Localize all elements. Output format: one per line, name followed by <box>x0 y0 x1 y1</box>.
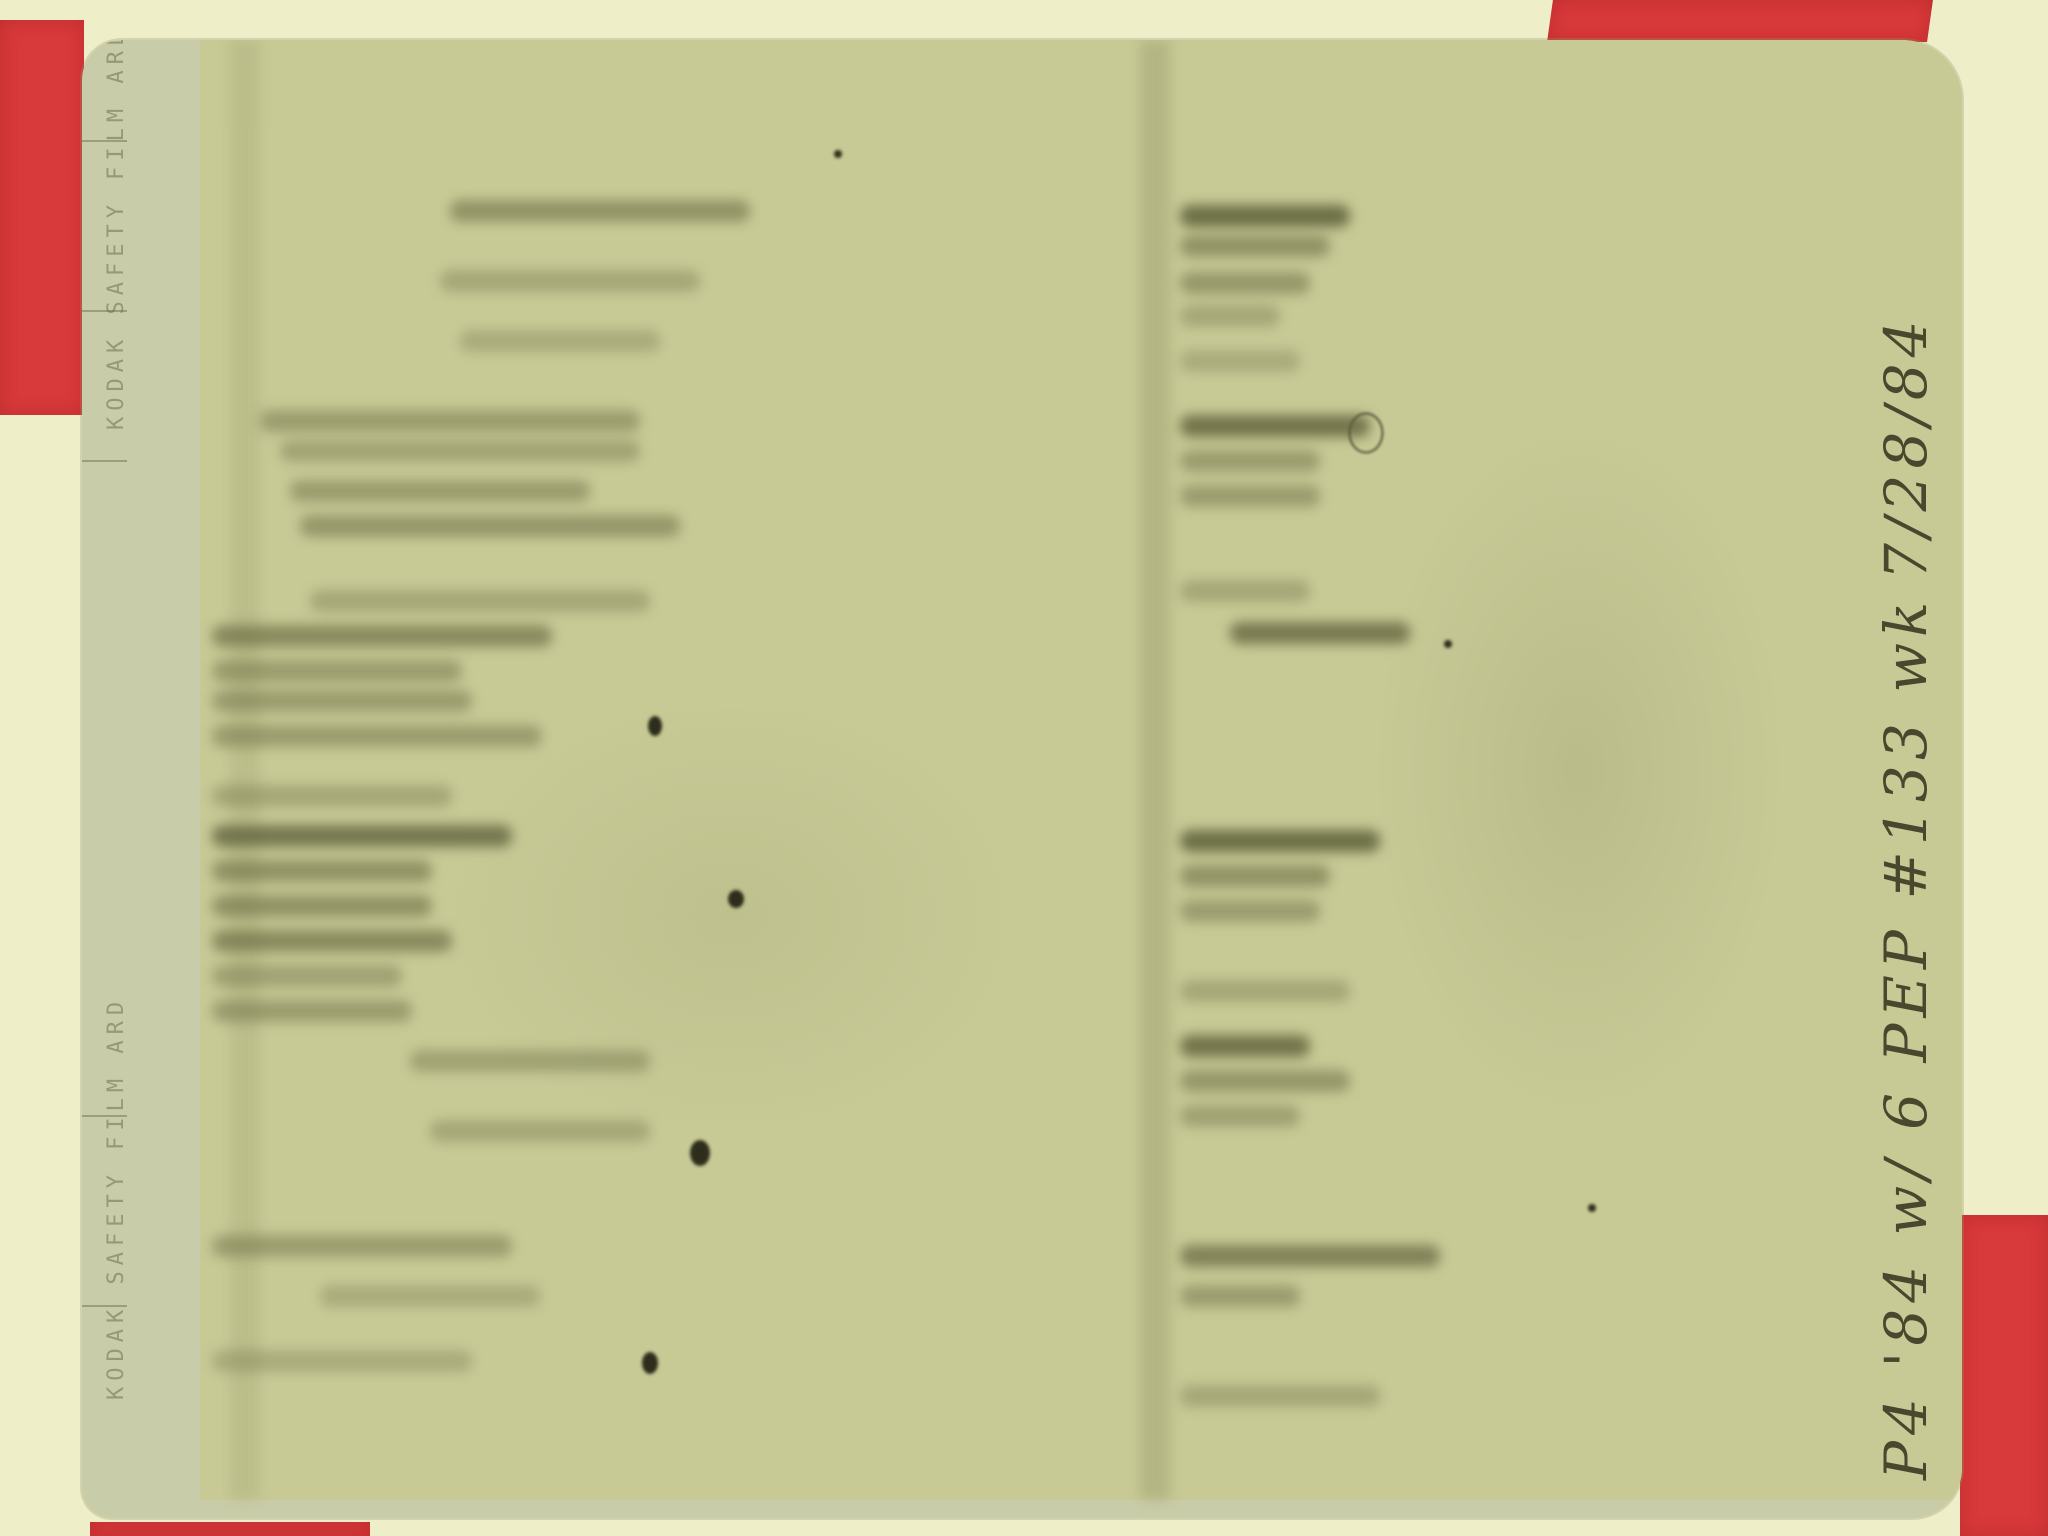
lane-divider <box>230 40 260 1500</box>
band <box>310 590 650 612</box>
band <box>212 965 402 987</box>
band <box>320 1285 540 1307</box>
annotation-date: 7/28/84 <box>1872 314 1940 580</box>
film-edge-text-bottom: KODAK SAFETY FILM ARD <box>104 996 129 1400</box>
exposed-area <box>200 40 1962 1500</box>
band <box>212 625 552 647</box>
film-speck <box>648 716 662 736</box>
band <box>212 1350 472 1372</box>
band <box>212 895 432 917</box>
band <box>1180 205 1350 227</box>
band <box>1180 415 1370 437</box>
autoradiograph-film: KODAK SAFETY FILM ARD KODAK SAFETY FILM … <box>82 40 1962 1518</box>
band <box>440 270 700 292</box>
band <box>1180 1070 1350 1092</box>
lane-divider <box>1140 40 1170 1500</box>
band <box>1180 305 1280 327</box>
film-edge-text-top: KODAK SAFETY FILM ARD <box>104 40 129 430</box>
band <box>280 440 640 462</box>
band <box>212 1235 512 1257</box>
annotation-duration: 3 wk <box>1872 596 1940 760</box>
band <box>1180 865 1330 887</box>
band <box>1180 830 1380 852</box>
band <box>1180 485 1320 507</box>
red-tape-bottom-right <box>1960 1215 2048 1536</box>
red-tape-top-left <box>0 20 84 415</box>
band <box>212 930 452 952</box>
band <box>1180 980 1350 1002</box>
band <box>1180 1245 1440 1267</box>
band <box>212 825 512 847</box>
film-speck <box>1444 640 1452 648</box>
annotation-label: P4 '84 w/ 6 PEP #13 <box>1872 759 1940 1480</box>
band <box>460 330 660 352</box>
band <box>212 725 542 747</box>
band <box>260 410 640 432</box>
band <box>1180 900 1320 922</box>
edge-tick <box>82 460 127 462</box>
bubble-ring-artifact <box>1348 412 1384 454</box>
band <box>290 480 590 502</box>
band <box>430 1120 650 1142</box>
band <box>300 515 680 537</box>
red-tape-bottom-left <box>90 1522 370 1536</box>
film-speck <box>834 150 842 158</box>
band <box>1180 350 1300 372</box>
film-speck <box>728 890 744 908</box>
band <box>212 690 472 712</box>
band <box>1180 580 1310 602</box>
film-speck <box>690 1140 710 1166</box>
band <box>450 200 750 222</box>
band <box>1180 450 1320 472</box>
band <box>212 785 452 807</box>
band <box>212 660 462 682</box>
band <box>1180 1035 1310 1057</box>
band <box>410 1050 650 1072</box>
band <box>212 1000 412 1022</box>
red-tape-top-right <box>1547 0 1933 42</box>
band <box>1180 1385 1380 1407</box>
band <box>1230 622 1410 644</box>
band <box>1180 272 1310 294</box>
band <box>1180 235 1330 257</box>
band <box>1180 1105 1300 1127</box>
film-speck <box>1588 1204 1596 1212</box>
film-speck <box>642 1352 658 1374</box>
band <box>212 860 432 882</box>
band <box>1180 1285 1300 1307</box>
